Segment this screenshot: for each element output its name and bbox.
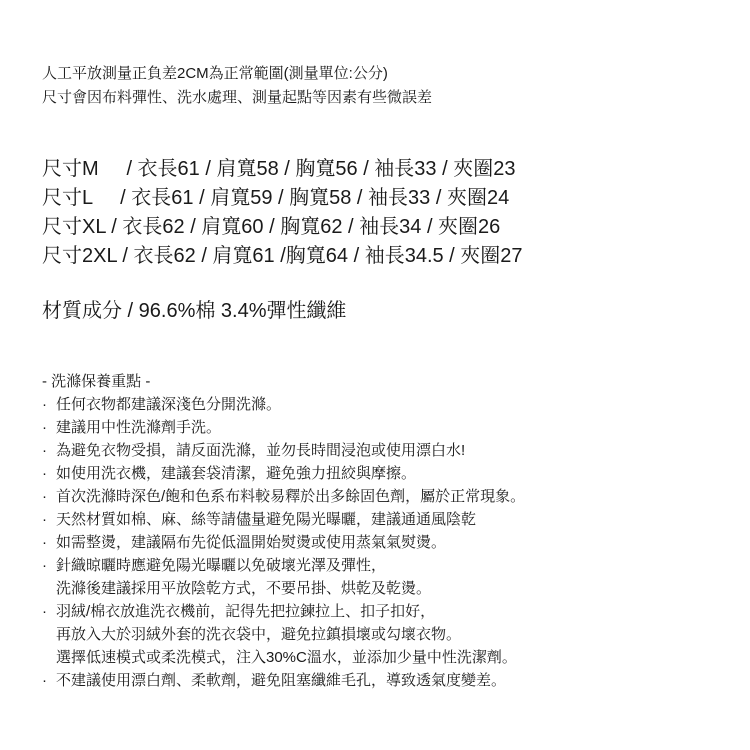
care-section: - 洗滌保養重點 - · 任何衣物都建議深淺色分開洗滌。 · 建議用中性洗滌劑手… (42, 370, 722, 692)
measurement-note-tolerance: 人工平放測量正負差2CM為正常範圍(測量單位:公分) (42, 62, 722, 86)
bullet-dot: · (42, 600, 56, 623)
care-instruction-text: 洗滌後建議採用平放陰乾方式，不要吊掛、烘乾及乾燙。 (56, 577, 722, 600)
care-instruction-text: 如需整燙，建議隔布先從低溫開始熨燙或使用蒸氣氣熨燙。 (56, 531, 722, 554)
care-instruction-text: 天然材質如棉、麻、絲等請儘量避免陽光曝曬，建議通通風陰乾 (56, 508, 722, 531)
care-instruction: · 建議用中性洗滌劑手洗。 (42, 416, 722, 439)
care-instruction-text: 不建議使用漂白劑、柔軟劑，避免阻塞纖維毛孔，導致透氣度變差。 (56, 669, 722, 692)
size-table: 尺寸M / 衣長61 / 肩寬58 / 胸寬56 / 袖長33 / 夾圈23 尺… (42, 155, 722, 271)
material-composition: 材質成分 / 96.6%棉 3.4%彈性纖維 (42, 297, 722, 326)
bullet-dot: · (42, 416, 56, 439)
bullet-dot: · (42, 508, 56, 531)
bullet-dot: · (42, 554, 56, 577)
bullet-dot: · (42, 439, 56, 462)
care-instruction-text: 再放入大於羽絨外套的洗衣袋中，避免拉鎮損壞或勾壞衣物。 (56, 623, 722, 646)
care-instruction-continued: 再放入大於羽絨外套的洗衣袋中，避免拉鎮損壞或勾壞衣物。 (42, 623, 722, 646)
care-instruction: · 首次洗滌時深色/飽和色系布料較易釋於出多餘固色劑，屬於正常現象。 (42, 485, 722, 508)
size-row-m: 尺寸M / 衣長61 / 肩寬58 / 胸寬56 / 袖長33 / 夾圈23 (42, 155, 722, 184)
care-instruction-text: 建議用中性洗滌劑手洗。 (56, 416, 722, 439)
bullet-dot: · (42, 669, 56, 692)
bullet-dot: · (42, 531, 56, 554)
product-spec-page: 人工平放測量正負差2CM為正常範圍(測量單位:公分) 尺寸會因布料彈性、洗水處理… (0, 0, 750, 750)
care-instruction: · 不建議使用漂白劑、柔軟劑，避免阻塞纖維毛孔，導致透氣度變差。 (42, 669, 722, 692)
care-instruction-text: 如使用洗衣機，建議套袋清潔，避免強力扭絞與摩擦。 (56, 462, 722, 485)
care-instruction-text: 選擇低速模式或柔洗模式，注入30%C溫水，並添加少量中性洗潔劑。 (56, 646, 722, 669)
bullet-dot: · (42, 485, 56, 508)
care-instruction: · 如需整燙，建議隔布先從低溫開始熨燙或使用蒸氣氣熨燙。 (42, 531, 722, 554)
bullet-dot: · (42, 393, 56, 416)
care-instruction-text: 首次洗滌時深色/飽和色系布料較易釋於出多餘固色劑，屬於正常現象。 (56, 485, 722, 508)
measurement-note-variance: 尺寸會因布料彈性、洗水處理、測量起點等因素有些微誤差 (42, 86, 722, 110)
care-section-title: - 洗滌保養重點 - (42, 370, 722, 393)
size-row-l: 尺寸L / 衣長61 / 肩寬59 / 胸寬58 / 袖長33 / 夾圈24 (42, 184, 722, 213)
size-row-xl: 尺寸XL / 衣長62 / 肩寬60 / 胸寬62 / 袖長34 / 夾圈26 (42, 213, 722, 242)
care-instruction-continued: 洗滌後建議採用平放陰乾方式，不要吊掛、烘乾及乾燙。 (42, 577, 722, 600)
care-instruction: · 任何衣物都建議深淺色分開洗滌。 (42, 393, 722, 416)
care-instruction: · 針織晾曬時應避免陽光曝曬以免破壞光澤及彈性， (42, 554, 722, 577)
care-instruction: · 為避免衣物受損，請反面洗滌，並勿長時間浸泡或使用漂白水! (42, 439, 722, 462)
measurement-notes: 人工平放測量正負差2CM為正常範圍(測量單位:公分) 尺寸會因布料彈性、洗水處理… (42, 62, 722, 110)
care-instruction: · 天然材質如棉、麻、絲等請儘量避免陽光曝曬，建議通通風陰乾 (42, 508, 722, 531)
care-instruction-continued: 選擇低速模式或柔洗模式，注入30%C溫水，並添加少量中性洗潔劑。 (42, 646, 722, 669)
care-instruction-text: 羽絨/棉衣放進洗衣機前，記得先把拉鍊拉上、扣子扣好， (56, 600, 722, 623)
care-instruction: · 如使用洗衣機，建議套袋清潔，避免強力扭絞與摩擦。 (42, 462, 722, 485)
care-instruction: · 羽絨/棉衣放進洗衣機前，記得先把拉鍊拉上、扣子扣好， (42, 600, 722, 623)
care-instruction-text: 為避免衣物受損，請反面洗滌，並勿長時間浸泡或使用漂白水! (56, 439, 722, 462)
bullet-dot: · (42, 462, 56, 485)
care-instruction-text: 任何衣物都建議深淺色分開洗滌。 (56, 393, 722, 416)
care-instruction-text: 針織晾曬時應避免陽光曝曬以免破壞光澤及彈性， (56, 554, 722, 577)
size-row-2xl: 尺寸2XL / 衣長62 / 肩寬61 /胸寬64 / 袖長34.5 / 夾圈2… (42, 242, 722, 271)
